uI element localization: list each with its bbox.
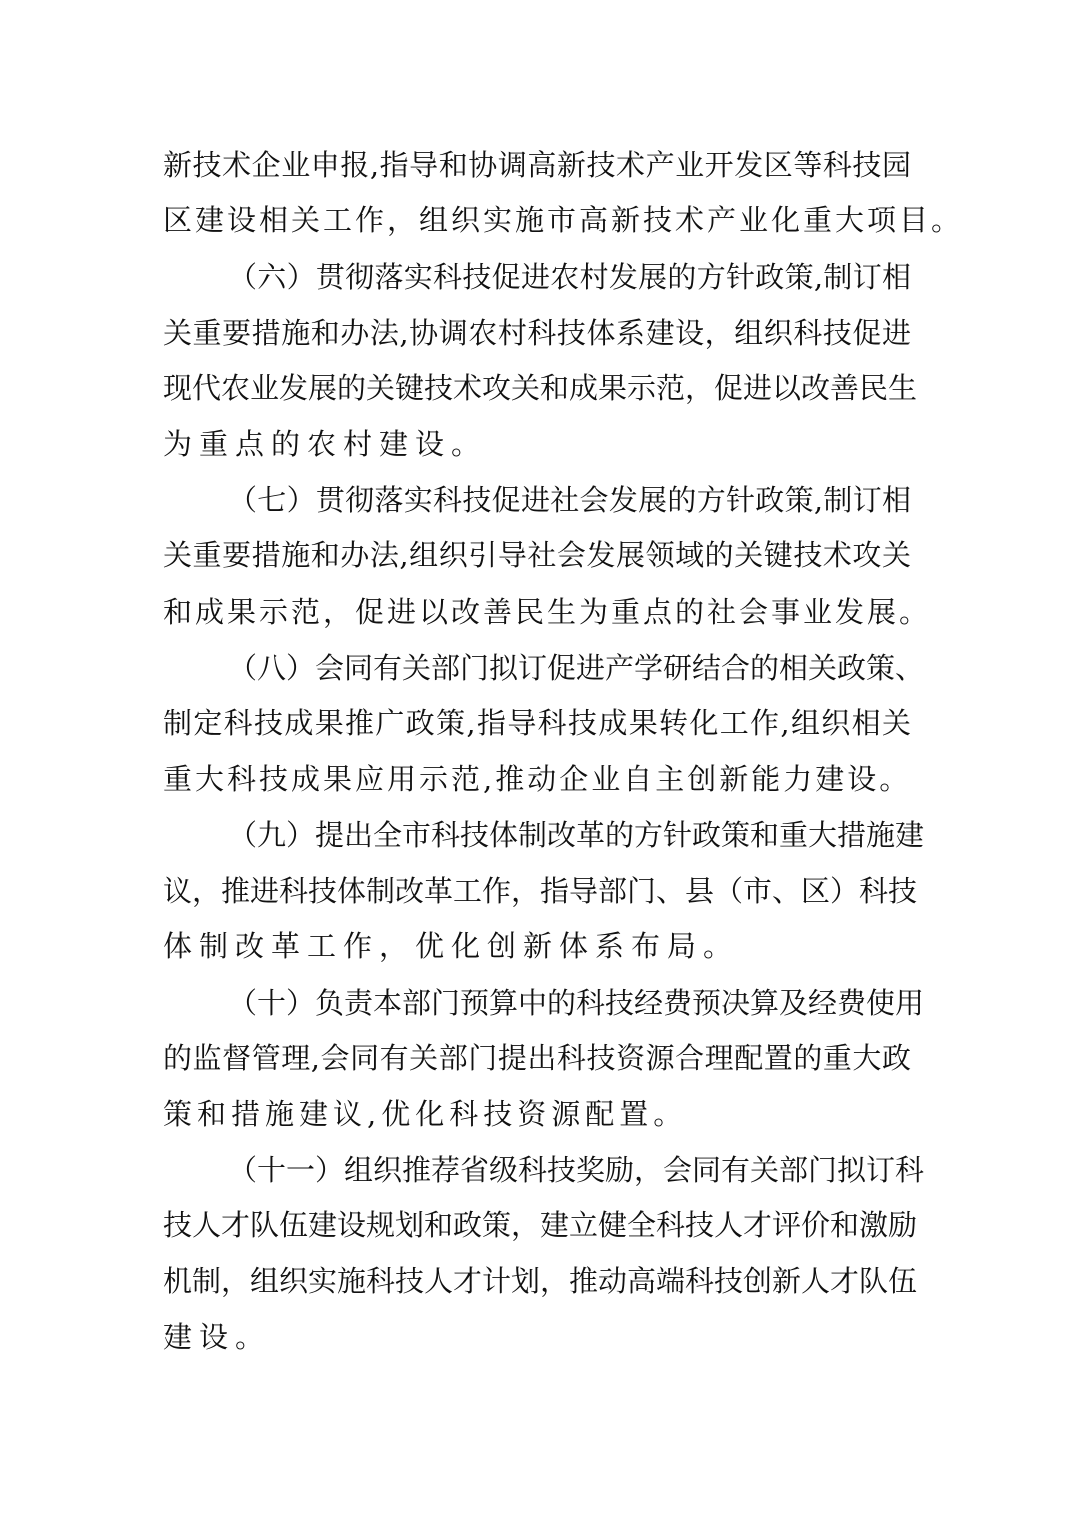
paragraph-11-line-1: （十一）组织推荐省级科技奖励，会同有关部门拟订科 — [163, 1150, 911, 1190]
paragraph-10-line-1: （十）负责本部门预算中的科技经费预决算及经费使用 — [163, 983, 911, 1023]
paragraph-10-line-2: 的监督管理,会同有关部门提出科技资源合理配置的重大政 — [163, 1038, 911, 1078]
paragraph-9-line-2: 议，推进科技体制改革工作，指导部门、县（市、区）科技 — [163, 871, 911, 911]
paragraph-5-line-1: 新技术企业申报,指导和协调高新技术产业开发区等科技园 — [163, 145, 911, 185]
paragraph-7-line-1: （七）贯彻落实科技促进社会发展的方针政策,制订相 — [163, 480, 911, 520]
paragraph-9-line-3: 体制改革工作，优化创新体系布局。 — [163, 926, 911, 966]
paragraph-5-line-2: 区建设相关工作，组织实施市高新技术产业化重大项目。 — [163, 200, 911, 240]
document-page: 新技术企业申报,指导和协调高新技术产业开发区等科技园 区建设相关工作，组织实施市… — [0, 0, 1074, 1520]
paragraph-11-line-4: 建设。 — [163, 1317, 911, 1357]
paragraph-6-line-1: （六）贯彻落实科技促进农村发展的方针政策,制订相 — [163, 257, 911, 297]
paragraph-8-line-3: 重大科技成果应用示范,推动企业自主创新能力建设。 — [163, 759, 911, 799]
paragraph-6-line-3: 现代农业发展的关键技术攻关和成果示范，促进以改善民生 — [163, 368, 911, 408]
paragraph-8-line-2: 制定科技成果推广政策,指导科技成果转化工作,组织相关 — [163, 703, 911, 743]
paragraph-6-line-2: 关重要措施和办法,协调农村科技体系建设，组织科技促进 — [163, 313, 911, 353]
paragraph-7-line-3: 和成果示范，促进以改善民生为重点的社会事业发展。 — [163, 592, 911, 632]
paragraph-9-line-1: （九）提出全市科技体制改革的方针政策和重大措施建 — [163, 815, 911, 855]
paragraph-11-line-3: 机制，组织实施科技人才计划，推动高端科技创新人才队伍 — [163, 1261, 911, 1301]
paragraph-8-line-1: （八）会同有关部门拟订促进产学研结合的相关政策、 — [163, 648, 911, 688]
paragraph-6-line-4: 为重点的农村建设。 — [163, 424, 911, 464]
paragraph-10-line-3: 策和措施建议,优化科技资源配置。 — [163, 1094, 911, 1134]
paragraph-11-line-2: 技人才队伍建设规划和政策，建立健全科技人才评价和激励 — [163, 1205, 911, 1245]
paragraph-7-line-2: 关重要措施和办法,组织引导社会发展领域的关键技术攻关 — [163, 535, 911, 575]
